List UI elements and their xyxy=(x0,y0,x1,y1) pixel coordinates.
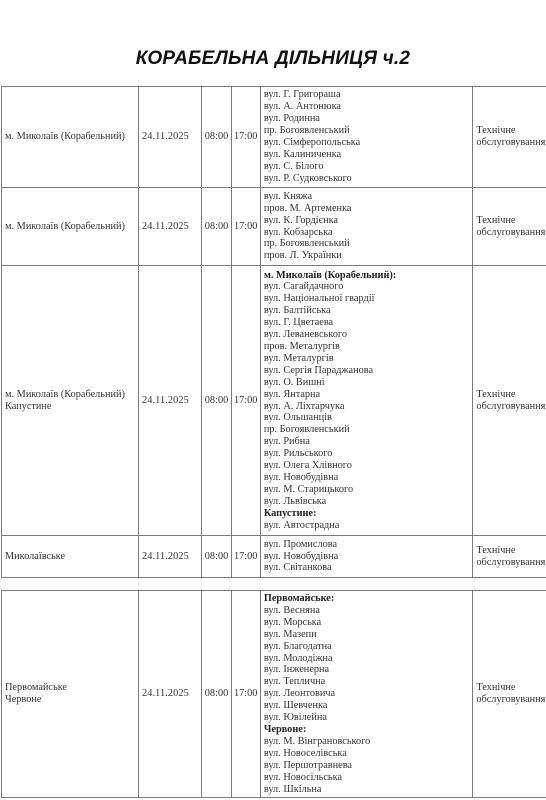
work-type-text: обслуговування xyxy=(476,557,546,569)
location-name: Первомайське xyxy=(5,682,135,694)
street-name: вул. Морська xyxy=(264,617,470,629)
work-type-cell: Технічнеобслуговування xyxy=(473,188,546,266)
date-cell: 24.11.2025 xyxy=(138,536,201,578)
street-name: вул. М. Вінграновського xyxy=(264,736,470,748)
table-row: Миколаївське24.11.202508:0017:00вул. Про… xyxy=(2,536,546,578)
work-type-text: Технічне xyxy=(476,215,546,227)
street-name: вул. Першотравнева xyxy=(264,760,470,772)
street-name: вул. Сергія Параджанова xyxy=(264,365,470,377)
street-name: вул. Шевченка xyxy=(264,700,470,712)
location-name: Червоне xyxy=(5,694,135,706)
street-name: вул. Теплична xyxy=(264,676,470,688)
end-time-cell: 17:00 xyxy=(231,87,260,188)
street-name: вул. Металургів xyxy=(264,353,470,365)
street-name: вул. Янтарна xyxy=(264,389,470,401)
streets-cell: вул. Г. Григорашавул. А. Антонюкавул. Ро… xyxy=(260,87,473,188)
street-name: вул. Світанкова xyxy=(264,562,470,574)
date-text: 24.11.2025 xyxy=(142,395,189,406)
street-name: вул. С. Білого xyxy=(264,161,470,173)
street-name: вул. Мазепи xyxy=(264,629,470,641)
start-time-cell: 08:00 xyxy=(202,87,231,188)
street-name: вул. Рибна xyxy=(264,436,470,448)
street-name: пров. Л. Українки xyxy=(264,250,470,262)
street-name: вул. Новобудівна xyxy=(264,551,470,563)
street-name: вул. А. Антонюка xyxy=(264,101,470,113)
work-type-text: Технічне xyxy=(476,125,546,137)
street-name: вул. Калиниченка xyxy=(264,149,470,161)
work-type-cell: Технічнеобслуговування xyxy=(473,536,546,578)
streets-cell: м. Миколаїв (Корабельний):вул. Сагайдачн… xyxy=(260,266,473,536)
date-cell: 24.11.2025 xyxy=(138,87,201,188)
work-type-text: Технічне xyxy=(476,682,546,694)
start-time-cell: 08:00 xyxy=(202,536,231,578)
street-name: вул. Леваневського xyxy=(264,329,470,341)
street-name: вул. М. Старицького xyxy=(264,484,470,496)
date-cell: 24.11.2025 xyxy=(138,188,201,266)
street-name: вул. Благодатна xyxy=(264,641,470,653)
street-name: вул. Сагайдачного xyxy=(264,281,470,293)
street-name: вул. Р. Судковського xyxy=(264,173,470,185)
location-cell: м. Миколаїв (Корабельний) xyxy=(2,188,139,266)
settlement-heading: м. Миколаїв (Корабельний): xyxy=(264,270,470,282)
street-name: вул. К. Гордієнка xyxy=(264,215,470,227)
street-name: вул. Новобудівна xyxy=(264,472,470,484)
start-time-cell: 08:00 xyxy=(202,266,231,536)
location-name: Миколаївське xyxy=(5,551,135,563)
settlement-heading: Капустине: xyxy=(264,508,470,520)
work-type-text: обслуговування xyxy=(476,694,546,706)
work-type-cell: Технічнеобслуговування xyxy=(473,591,546,798)
street-name: пров. Металургів xyxy=(264,341,470,353)
location-name: м. Миколаїв (Корабельний) xyxy=(5,131,135,143)
end-time-cell: 17:00 xyxy=(231,188,260,266)
street-name: вул. Автострадна xyxy=(264,520,470,532)
start-time-cell: 08:00 xyxy=(202,188,231,266)
street-name: вул. Родинна xyxy=(264,113,470,125)
start-time-cell: 08:00 xyxy=(202,591,231,798)
street-name: вул. Ольшанців xyxy=(264,412,470,424)
street-name: вул. Новоселівська xyxy=(264,748,470,760)
street-name: вул. Промислова xyxy=(264,539,470,551)
end-time-cell: 17:00 xyxy=(231,591,260,798)
location-cell: Миколаївське xyxy=(2,536,139,578)
street-name: вул. Ювілейна xyxy=(264,712,470,724)
streets-cell: вул. Княжапров. М. Артеменкавул. К. Горд… xyxy=(260,188,473,266)
work-type-text: Технічне xyxy=(476,545,546,557)
street-name: вул. Інженерна xyxy=(264,664,470,676)
street-name: вул. Новосільська xyxy=(264,772,470,784)
street-name: вул. Олега Хлівного xyxy=(264,460,470,472)
street-name: вул. Шкільна xyxy=(264,784,470,796)
street-name: вул. Г. Григораша xyxy=(264,89,470,101)
street-name: пр. Богоявленський xyxy=(264,125,470,137)
streets-cell: вул. Промисловавул. Новобудівнавул. Світ… xyxy=(260,536,473,578)
work-type-cell: Технічнеобслуговування xyxy=(473,266,546,536)
date-text: 24.11.2025 xyxy=(142,221,189,232)
street-name: вул. Національної гвардії xyxy=(264,293,470,305)
settlement-heading: Червоне: xyxy=(264,724,470,736)
table-row: ПервомайськеЧервоне24.11.202508:0017:00П… xyxy=(2,591,546,798)
street-name: вул. Кобзарська xyxy=(264,227,470,239)
date-cell: 24.11.2025 xyxy=(138,266,201,536)
work-type-cell: Технічнеобслуговування xyxy=(473,87,546,188)
street-name: пр. Богоявленський xyxy=(264,424,470,436)
street-name: вул. Рильського xyxy=(264,448,470,460)
street-name: вул. Сімферопольська xyxy=(264,137,470,149)
schedule-table-2: ПервомайськеЧервоне24.11.202508:0017:00П… xyxy=(1,590,546,798)
location-cell: м. Миколаїв (Корабельний) xyxy=(2,87,139,188)
schedule-table-1: м. Миколаїв (Корабельний)24.11.202508:00… xyxy=(1,86,546,578)
street-name: вул. Весняна xyxy=(264,605,470,617)
street-name: вул. А. Ліхтарчука xyxy=(264,401,470,413)
settlement-heading: Первомайське: xyxy=(264,593,470,605)
location-cell: ПервомайськеЧервоне xyxy=(2,591,139,798)
table-row: м. Миколаїв (Корабельний)Капустине24.11.… xyxy=(2,266,546,536)
location-name: м. Миколаїв (Корабельний) xyxy=(5,389,135,401)
end-time-cell: 17:00 xyxy=(231,536,260,578)
location-cell: м. Миколаїв (Корабельний)Капустине xyxy=(2,266,139,536)
street-name: вул. Львівська xyxy=(264,496,470,508)
location-name: м. Миколаїв (Корабельний) xyxy=(5,221,135,233)
document-title: КОРАБЕЛЬНА ДІЛЬНИЦЯ ч.2 xyxy=(0,48,546,70)
street-name: вул. О. Вишні xyxy=(264,377,470,389)
street-name: пр. Богоявленський xyxy=(264,238,470,250)
street-name: вул. Леонтовича xyxy=(264,688,470,700)
street-name: вул. Молодіжна xyxy=(264,653,470,665)
table-row: м. Миколаїв (Корабельний)24.11.202508:00… xyxy=(2,87,546,188)
street-name: пров. М. Артеменка xyxy=(264,203,470,215)
work-type-text: обслуговування xyxy=(476,227,546,239)
date-cell: 24.11.2025 xyxy=(138,591,201,798)
street-name: вул. Балтійська xyxy=(264,305,470,317)
work-type-text: Технічне xyxy=(476,389,546,401)
location-name: Капустине xyxy=(5,401,135,413)
table-row: м. Миколаїв (Корабельний)24.11.202508:00… xyxy=(2,188,546,266)
work-type-text: обслуговування xyxy=(476,401,546,413)
work-type-text: обслуговування xyxy=(476,137,546,149)
streets-cell: Первомайське:вул. Веснянавул. Морськавул… xyxy=(260,591,473,798)
street-name: вул. Княжа xyxy=(264,191,470,203)
end-time-cell: 17:00 xyxy=(231,266,260,536)
date-text: 24.11.2025 xyxy=(142,688,189,699)
date-text: 24.11.2025 xyxy=(142,551,189,562)
date-text: 24.11.2025 xyxy=(142,131,189,142)
street-name: вул. Г. Цветаева xyxy=(264,317,470,329)
